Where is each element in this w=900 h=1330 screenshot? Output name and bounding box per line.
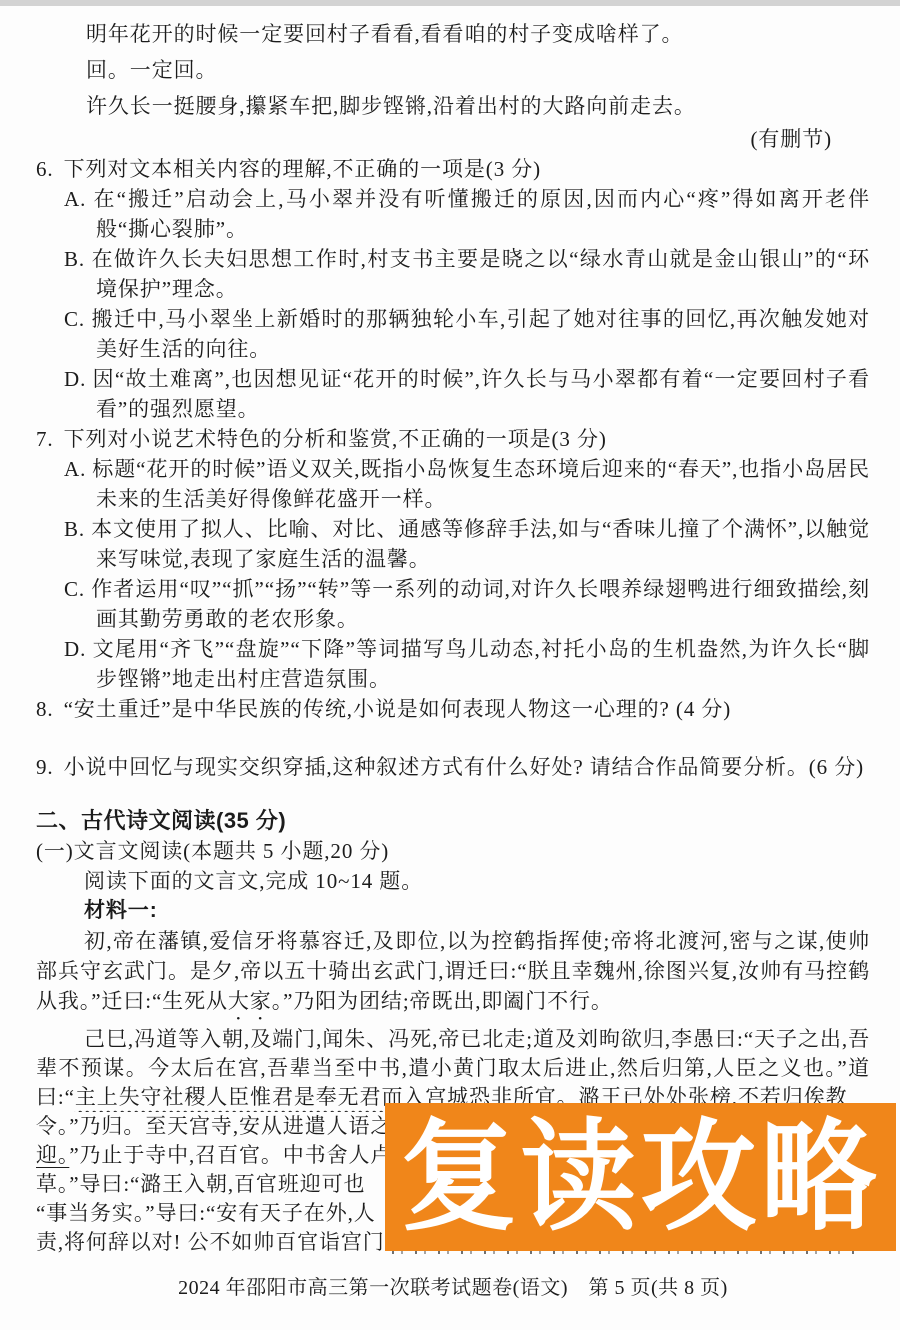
question-stem-text: 下列对文本相关内容的理解,不正确的一项是(3 分) xyxy=(64,157,541,181)
question-7-option-b: B.本文使用了拟人、比喻、对比、通感等修辞手法,如与“香味儿撞了个满怀”,以触觉… xyxy=(64,514,870,574)
option-label: B. xyxy=(64,247,85,271)
question-6-option-c: C.搬迁中,马小翠坐上新婚时的那辆独轮小车,引起了她对往事的回忆,再次触发她对美… xyxy=(64,304,870,364)
deletion-note: (有删节) xyxy=(36,124,870,154)
option-label: D. xyxy=(64,367,86,391)
question-number: 9. xyxy=(36,752,54,782)
question-6: 6.下列对文本相关内容的理解,不正确的一项是(3 分) A.在“搬迁”启动会上,… xyxy=(36,154,870,424)
question-6-option-b: B.在做许久长夫妇思想工作时,村支书主要是晓之以“绿水青山就是金山银山”的“环境… xyxy=(64,244,870,304)
classical-text-segment: ”乃止于寺中,召百官。中书舍人卢 xyxy=(69,1143,392,1167)
option-label: A. xyxy=(64,187,86,211)
classical-line: 辈不预谋。今太后在宫,吾辈当至中书,遣小黄门取太后进止,然后归第,人臣之义也。”… xyxy=(36,1054,870,1083)
material-1-label: 材料一: xyxy=(36,896,870,926)
question-7-option-d: D.文尾用“齐飞”“盘旋”“下降”等词描写鸟儿动态,衬托小岛的生机盎然,为许久长… xyxy=(64,634,870,694)
classical-line: 己巳,冯道等入朝,及端门,闻朱、冯死,帝已北走;道及刘昫欲归,李愚曰:“天子之出… xyxy=(36,1025,870,1054)
option-text: 因“故土难离”,也因想见证“花开的时候”,许久长与马小翠都有着“一定要回村子看看… xyxy=(92,367,870,421)
emphasis-dots-text: 大家 xyxy=(228,989,272,1013)
option-text: 本文使用了拟人、比喻、对比、通感等修辞手法,如与“香味儿撞了个满怀”,以触觉来写… xyxy=(91,517,870,571)
passage-ending: 明年花开的时候一定要回村子看看,看看咱的村子变成啥样了。 回。一定回。 许久长一… xyxy=(36,16,870,124)
question-7: 7.下列对小说艺术特色的分析和鉴赏,不正确的一项是(3 分) A.标题“花开的时… xyxy=(36,424,870,694)
classical-line: 部兵守玄武门。是夕,帝以五十骑出玄武门,谓迁曰:“朕且幸魏州,徐图兴复,汝帅有马… xyxy=(36,956,870,986)
option-text: 作者运用“叹”“抓”“扬”“转”等一系列的动词,对许久长喂养绿翅鸭进行细致描绘,… xyxy=(91,577,870,631)
option-text: 在做许久长夫妇思想工作时,村支书主要是晓之以“绿水青山就是金山银山”的“环境保护… xyxy=(91,247,870,301)
option-label: D. xyxy=(64,637,86,661)
question-7-stem: 7.下列对小说艺术特色的分析和鉴赏,不正确的一项是(3 分) xyxy=(36,424,870,454)
passage-line: 明年花开的时候一定要回村子看看,看看咱的村子变成啥样了。 xyxy=(36,16,870,52)
question-stem-text: 小说中回忆与现实交织穿插,这种叙述方式有什么好处? 请结合作品简要分析。(6 分… xyxy=(64,755,864,779)
option-text: 文尾用“齐飞”“盘旋”“下降”等词描写鸟儿动态,衬托小岛的生机盎然,为许久长“脚… xyxy=(92,637,870,691)
classical-line: 初,帝在藩镇,爱信牙将慕容迁,及即位,以为控鹤指挥使;帝将北渡河,密与之谋,使帅 xyxy=(36,926,870,956)
classical-text-segment: 从我。”迁曰:“生死从 xyxy=(36,989,228,1013)
question-number: 7. xyxy=(36,424,54,454)
question-number: 6. xyxy=(36,154,54,184)
question-6-option-a: A.在“搬迁”启动会上,马小翠并没有听懂搬迁的原因,因而内心“疼”得如离开老伴般… xyxy=(64,184,870,244)
watermark-text: 复读攻略 xyxy=(401,1117,881,1238)
classical-text-segment: 曰:“ xyxy=(36,1085,75,1109)
option-text: 在“搬迁”启动会上,马小翠并没有听懂搬迁的原因,因而内心“疼”得如离开老伴般“撕… xyxy=(92,187,870,241)
passage-line: 回。一定回。 xyxy=(36,52,870,88)
question-6-stem: 6.下列对文本相关内容的理解,不正确的一项是(3 分) xyxy=(36,154,870,184)
question-stem-text: 下列对小说艺术特色的分析和鉴赏,不正确的一项是(3 分) xyxy=(64,427,607,451)
scan-edge-strip xyxy=(0,0,900,6)
classical-reading-intro: 阅读下面的文言文,完成 10~14 题。 xyxy=(36,866,870,896)
question-9: 9.小说中回忆与现实交织穿插,这种叙述方式有什么好处? 请结合作品简要分析。(6… xyxy=(36,752,870,782)
classical-text-segment: 。”乃阳为团结;帝既出,即阖门不行。 xyxy=(272,989,613,1013)
section-2-subheading: (一)文言文阅读(本题共 5 小题,20 分) xyxy=(36,836,870,866)
classical-paragraph-1: 初,帝在藩镇,爱信牙将慕容迁,及即位,以为控鹤指挥使;帝将北渡河,密与之谋,使帅… xyxy=(36,926,870,1025)
question-number: 8. xyxy=(36,694,54,724)
section-2-heading: 二、古代诗文阅读(35 分) xyxy=(36,806,870,836)
page-footer: 2024 年邵阳市高三第一次联考试题卷(语文) 第 5 页(共 8 页) xyxy=(36,1273,870,1303)
question-stem-text: “安土重迁”是中华民族的传统,小说是如何表现人物这一心理的? (4 分) xyxy=(64,697,732,721)
question-7-option-c: C.作者运用“叹”“抓”“扬”“转”等一系列的动词,对许久长喂养绿翅鸭进行细致描… xyxy=(64,574,870,634)
option-text: 标题“花开的时候”语义双关,既指小岛恢复生态环境后迎来的“春天”,也指小岛居民未… xyxy=(92,457,870,511)
option-label: A. xyxy=(64,457,86,481)
watermark-banner: 复读攻略 xyxy=(385,1103,896,1251)
solid-underline-text: 迎。 xyxy=(36,1143,69,1167)
option-label: C. xyxy=(64,307,85,331)
question-7-option-a: A.标题“花开的时候”语义双关,既指小岛恢复生态环境后迎来的“春天”,也指小岛居… xyxy=(64,454,870,514)
option-label: B. xyxy=(64,517,85,541)
exam-paper-page: 明年花开的时候一定要回村子看看,看看咱的村子变成啥样了。 回。一定回。 许久长一… xyxy=(0,0,900,1330)
option-label: C. xyxy=(64,577,85,601)
classical-line: 从我。”迁曰:“生死从大家。”乃阳为团结;帝既出,即阖门不行。 xyxy=(36,986,870,1025)
passage-line: 许久长一挺腰身,攥紧车把,脚步铿锵,沿着出村的大路向前走去。 xyxy=(36,88,870,124)
question-8: 8.“安土重迁”是中华民族的传统,小说是如何表现人物这一心理的? (4 分) xyxy=(36,694,870,724)
option-text: 搬迁中,马小翠坐上新婚时的那辆独轮小车,引起了她对往事的回忆,再次触发她对美好生… xyxy=(91,307,870,361)
question-6-option-d: D.因“故土难离”,也因想见证“花开的时候”,许久长与马小翠都有着“一定要回村子… xyxy=(64,364,870,424)
